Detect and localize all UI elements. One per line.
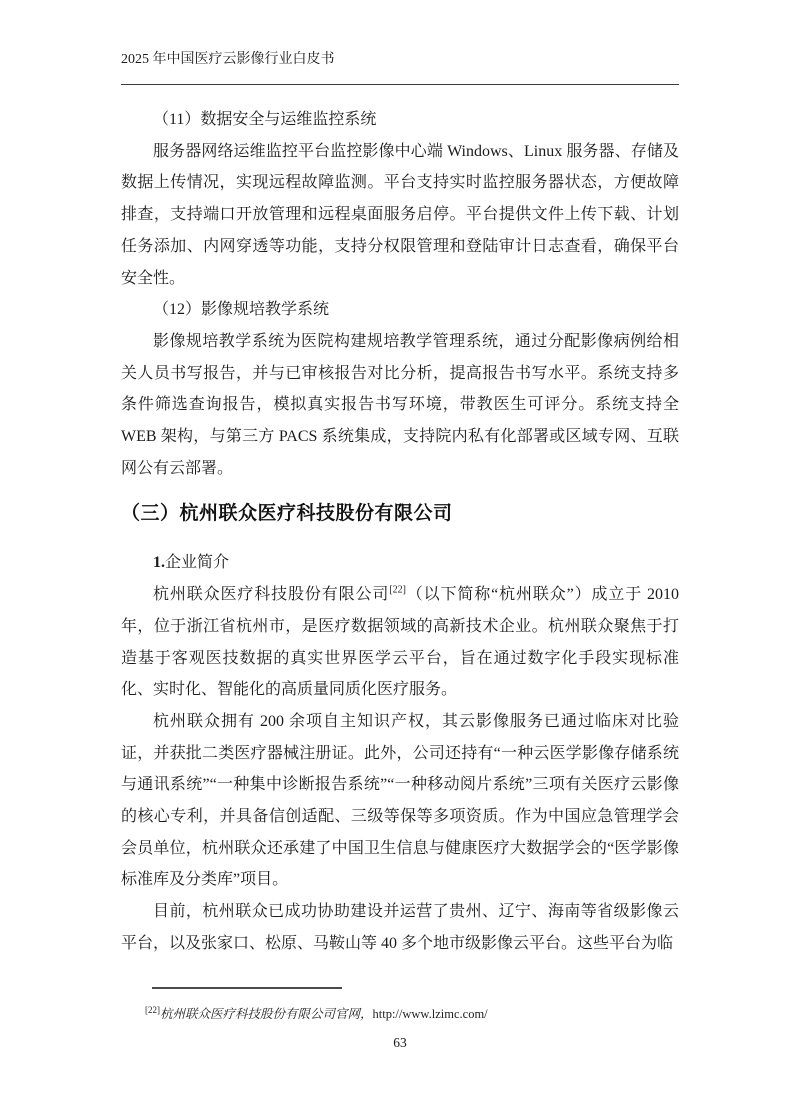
subsection-number: 1. xyxy=(153,554,165,571)
footnote-text: 杭州联众医疗科技股份有限公司官网， xyxy=(160,1007,373,1021)
document-body: （11）数据安全与运维监控系统 服务器网络运维监控平台监控影像中心端 Windo… xyxy=(121,104,679,960)
page-number: 63 xyxy=(121,1034,679,1052)
paragraph-ip-qualifications: 杭州联众拥有 200 余项自主知识产权，其云影像服务已通过临床对比验证，并获批二… xyxy=(121,706,679,896)
paragraph-platforms: 目前，杭州联众已成功协助建设并运营了贵州、辽宁、海南等省级影像云平台，以及张家口… xyxy=(121,896,679,959)
paragraph-company-intro: 杭州联众医疗科技股份有限公司[22]（以下简称“杭州联众”）成立于 2010 年… xyxy=(121,579,679,706)
subsection-title: 企业简介 xyxy=(165,554,229,571)
document-page: 2025 年中国医疗云影像行业白皮书 （11）数据安全与运维监控系统 服务器网络… xyxy=(0,0,790,1117)
footnote-separator xyxy=(152,987,342,989)
section-heading-hangzhou-lianzhong: （三）杭州联众医疗科技股份有限公司 xyxy=(121,500,679,528)
footnote-ref-22-marker: [22] xyxy=(389,585,406,596)
company-intro-text: 杭州联众医疗科技股份有限公司 xyxy=(153,586,389,603)
footnote: [22]杭州联众医疗科技股份有限公司官网，http://www.lzimc.co… xyxy=(145,1006,679,1023)
running-header: 2025 年中国医疗云影像行业白皮书 xyxy=(121,0,679,85)
paragraph-ops-monitoring: 服务器网络运维监控平台监控影像中心端 Windows、Linux 服务器、存储及… xyxy=(121,136,679,295)
footnote-url: http://www.lzimc.com/ xyxy=(373,1007,488,1021)
subsection-heading-company-intro: 1.企业简介 xyxy=(121,547,679,579)
list-item-11-heading: （11）数据安全与运维监控系统 xyxy=(121,104,679,136)
paragraph-teaching-system: 影像规培教学系统为医院构建规培教学管理系统，通过分配影像病例给相关人员书写报告，… xyxy=(121,326,679,485)
page-content: 2025 年中国医疗云影像行业白皮书 （11）数据安全与运维监控系统 服务器网络… xyxy=(121,0,679,1052)
footnote-ref-label: [22] xyxy=(145,1004,160,1014)
list-item-12-heading: （12）影像规培教学系统 xyxy=(121,294,679,326)
running-header-title: 2025 年中国医疗云影像行业白皮书 xyxy=(121,52,335,67)
